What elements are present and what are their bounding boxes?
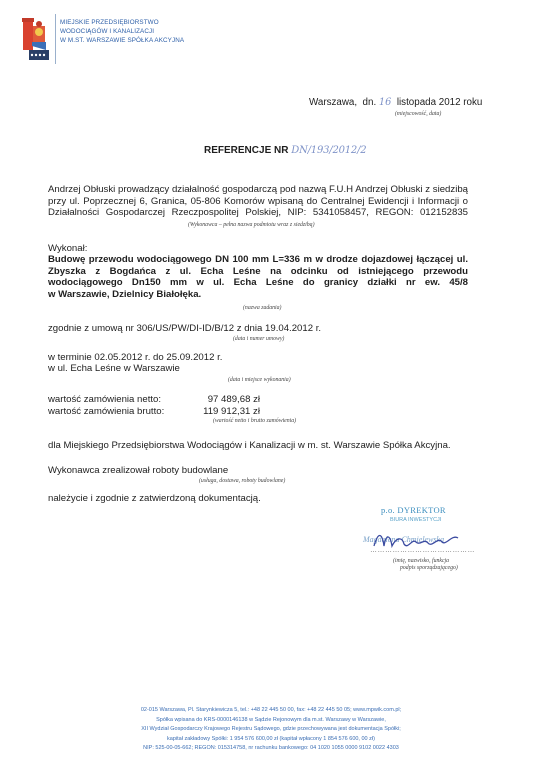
contract-text: zgodnie z umową nr 306/US/PW/DI-ID/B/12 … [48,323,321,335]
netto-value: 97 489,68 zł [198,394,260,406]
values-caption: (wartość netto i brutto zamówienia) [213,418,296,424]
scope-text: Wykonawca zrealizował roboty budowlane [48,465,228,477]
dn-label: dn. [363,97,377,108]
brutto-label: wartość zamówienia brutto: [48,406,198,418]
contractor-caption: (Wykonawca – pełna nazwa podmiotu wraz z… [188,222,315,228]
org-line: W M.ST. WARSZAWIE SPÓŁKA AKCYJNA [60,36,184,45]
org-line: MIEJSKIE PRZEDSIĘBIORSTWO [60,18,184,27]
contract-caption: (data i numer umowy) [233,336,284,342]
scope-caption: (usługa, dostawa, roboty budowlane) [199,478,285,484]
contractor-text: Andrzej Obłuski prowadzący działalność g… [48,184,468,219]
city: Warszawa, [309,97,357,108]
brutto-value: 119 912,31 zł [198,406,260,418]
company-footer: 02-015 Warszawa, Pl. Starynkiewicza 5, t… [0,706,542,754]
mpwik-logo-icon [20,16,52,62]
reference-number: DN/193/2012/2 [291,145,366,156]
place-date: Warszawa, dn. 16 listopada 2012 roku [309,97,482,108]
letterhead-divider [55,14,56,64]
order-values: wartość zamówienia netto: 97 489,68 zł w… [48,394,260,417]
term-caption: (data i miejsce wykonania) [228,377,291,383]
netto-label: wartość zamówienia netto: [48,394,198,406]
term-line2: w ul. Echa Leśne w Warszawie [48,363,180,375]
month-year: listopada 2012 roku [397,97,483,108]
org-line: WODOCIĄGÓW I KANALIZACJI [60,27,184,36]
document-title: REFERENCJE NR DN/193/2012/2 [204,145,366,156]
client-text: dla Miejskiego Przedsiębiorstwa Wodociąg… [48,440,451,452]
footer-line: XII Wydział Gospodarczy Krajowego Rejest… [0,725,542,735]
term-line1: w terminie 02.05.2012 r. do 25.09.2012 r… [48,352,222,364]
netto-row: wartość zamówienia netto: 97 489,68 zł [48,394,260,406]
task-text-last: w Warszawie, Dzielnicy Białołęka. [48,289,468,301]
place-date-caption: (miejscowość, data) [395,111,441,117]
handwritten-day: 16 [379,97,391,108]
footer-line: Spółka wpisana do KRS-0000146138 w Sądzi… [0,716,542,726]
title-label: REFERENCJE NR [204,145,288,156]
footer-line: kapitał zakładowy Spółki: 1 954 576 600,… [0,735,542,745]
signature-line: …………………………………… [370,547,475,554]
contractor-paragraph: Andrzej Obłuski prowadzący działalność g… [48,184,468,219]
stamp-department: BIURA INWESTYCJI [390,517,441,523]
footer-line: NIP: 525-00-05-662; REGON: 015314758, nr… [0,744,542,754]
organization-name: MIEJSKIE PRZEDSIĘBIORSTWO WODOCIĄGÓW I K… [60,18,184,45]
stamp-position: p.o. DYREKTOR [381,505,446,515]
signature-caption-1: (imię, nazwisko, funkcja [393,558,449,564]
footer-line: 02-015 Warszawa, Pl. Starynkiewicza 5, t… [0,706,542,716]
task-description: Budowę przewodu wodociągowego DN 100 mm … [48,254,468,300]
brutto-row: wartość zamówienia brutto: 119 912,31 zł [48,406,260,418]
task-text: Budowę przewodu wodociągowego DN 100 mm … [48,254,468,289]
closing-text: należycie i zgodnie z zatwierdzoną dokum… [48,493,261,505]
signature-caption-2: podpis sporządzającego) [400,565,458,571]
task-label: Wykonał: [48,243,87,255]
task-caption: (nazwa zadania) [243,305,282,311]
